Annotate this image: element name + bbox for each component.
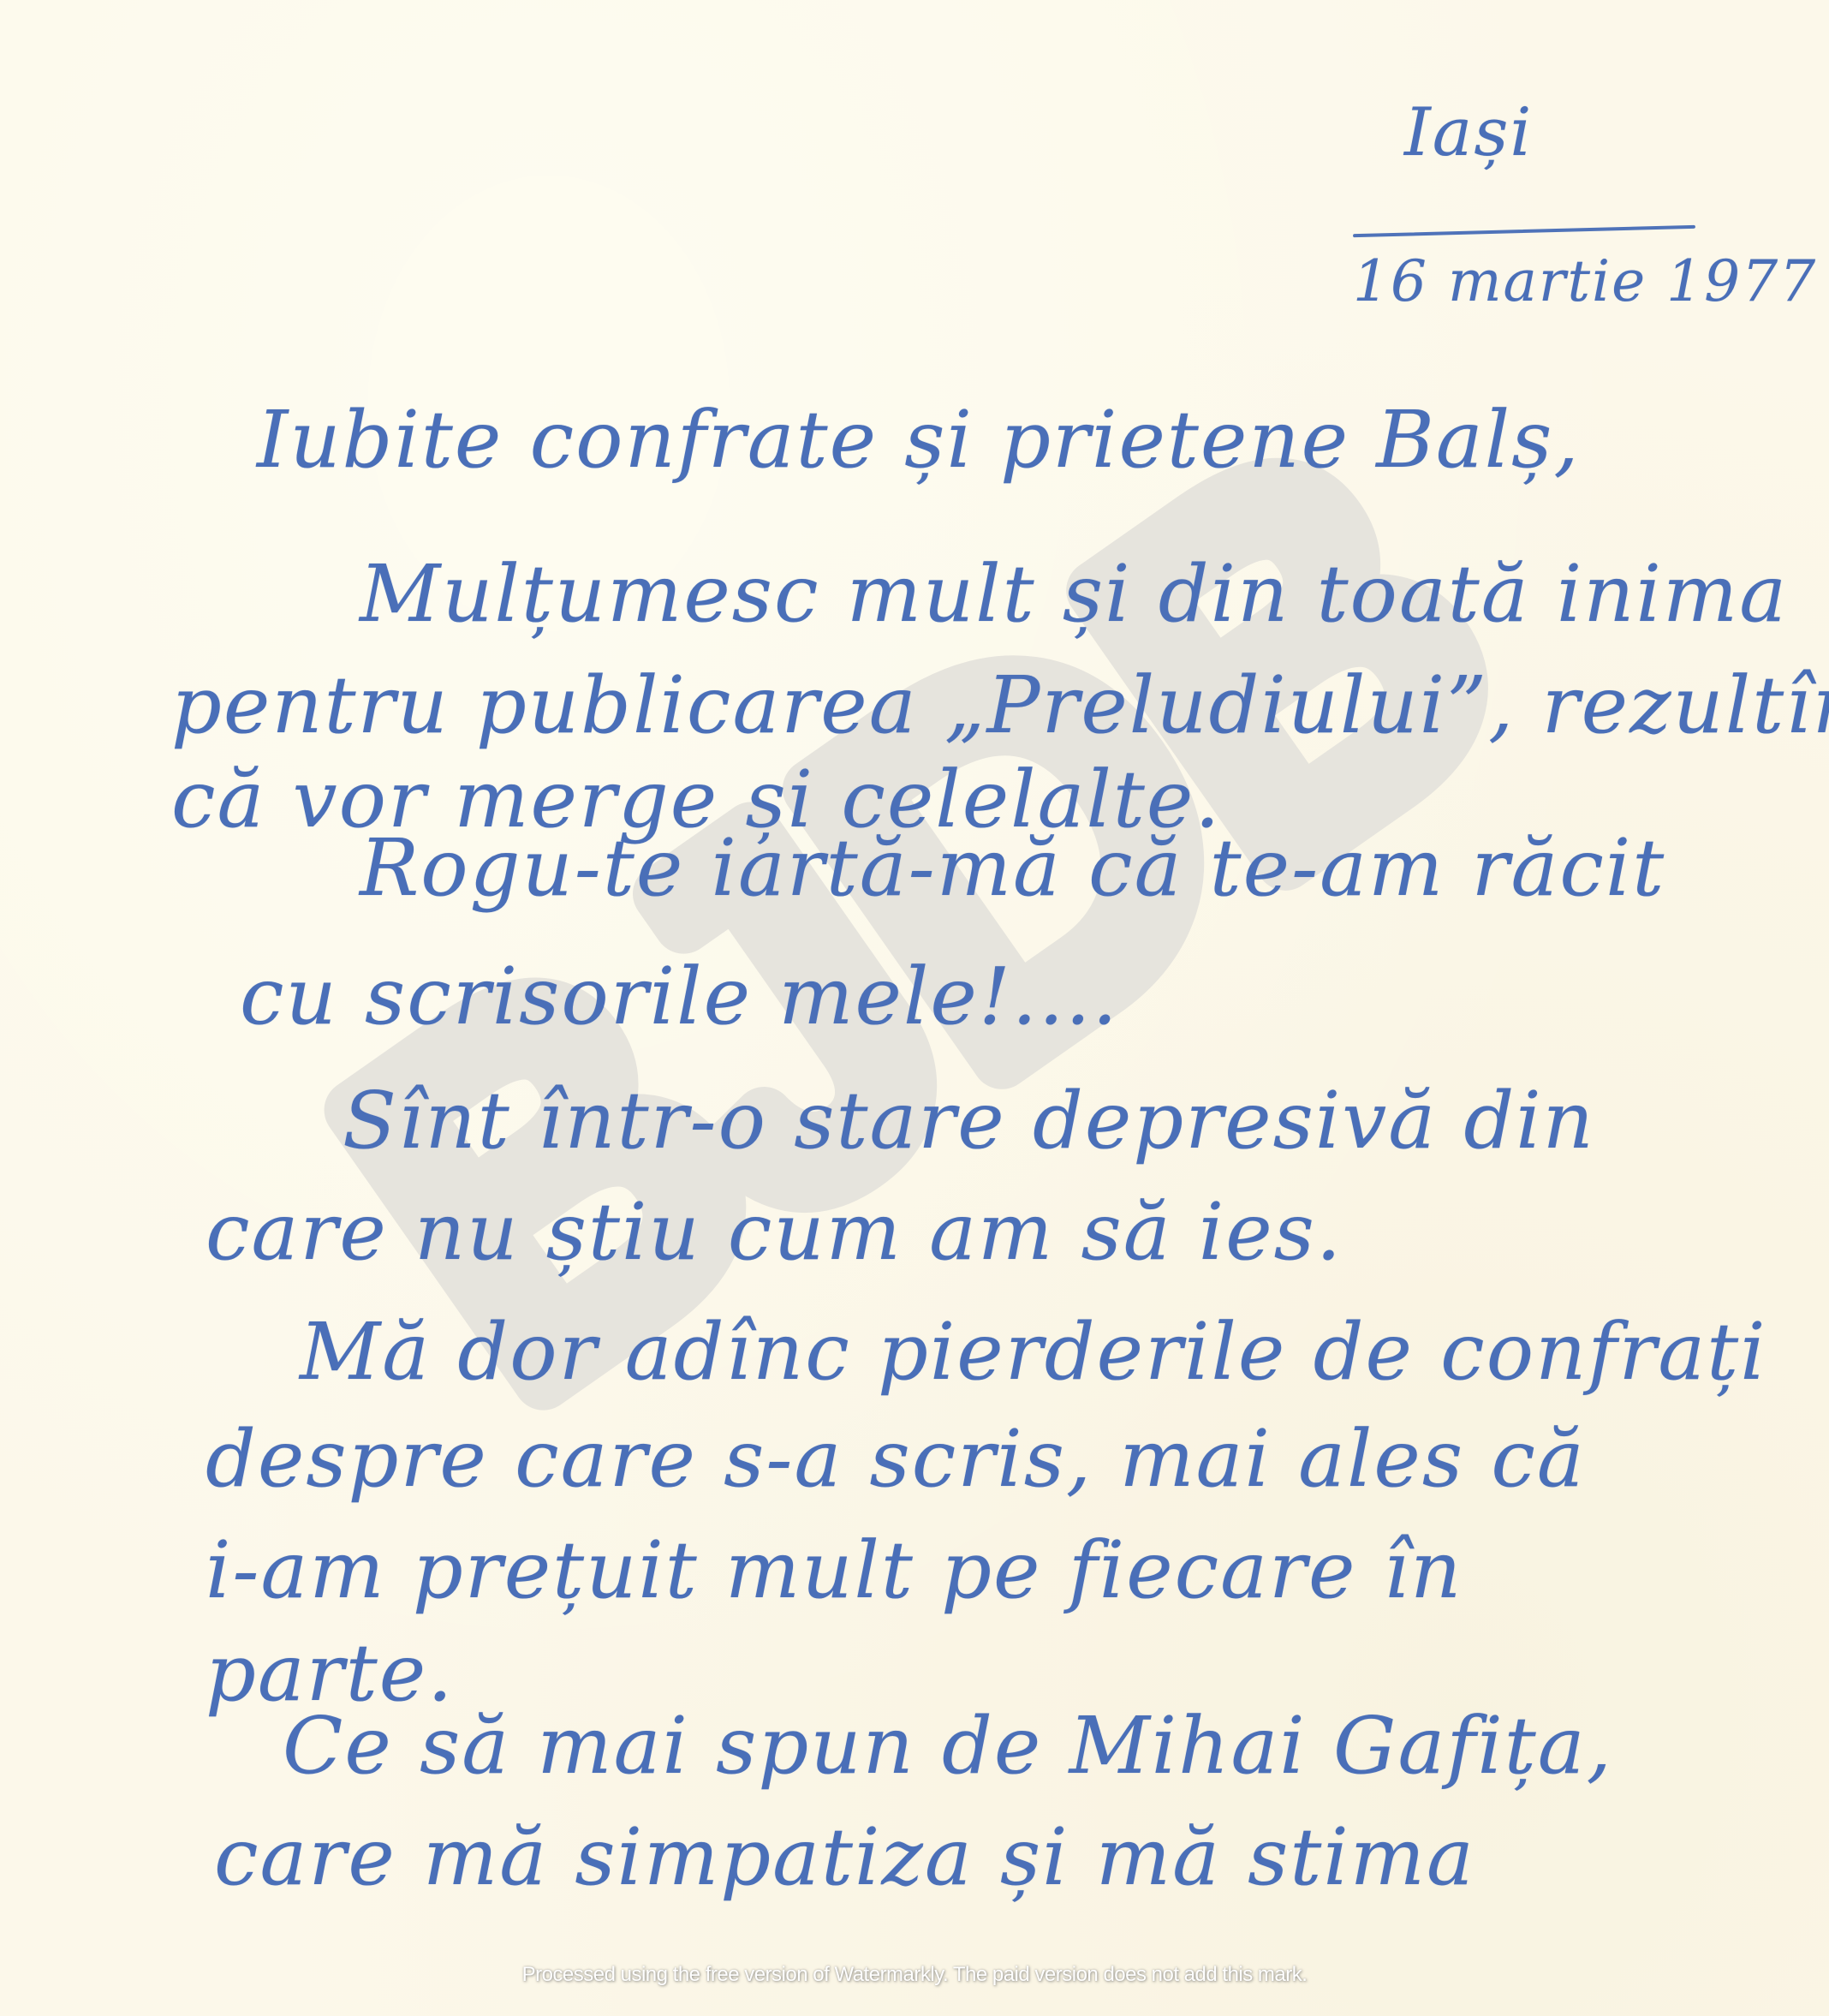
watermarkly-notice: Processed using the free version of Wate… — [0, 1963, 1829, 1987]
letter-line: Mă dor adînc pierderile de confrați — [300, 1306, 1767, 1398]
letter-line: despre care s-a scris, mai ales că — [206, 1413, 1586, 1505]
letter-line: pentru publicarea „Preludiului”, rezultî… — [171, 659, 1829, 751]
letter-date: 16 martie 1977 — [1353, 248, 1817, 314]
letter-line: care nu știu cum am să ies. — [206, 1186, 1343, 1278]
letter-salutation: Iubite confrate și prietene Balș, — [257, 394, 1581, 486]
letter-line: i-am prețuit mult pe fiecare în — [206, 1524, 1463, 1616]
letter-line: Sînt într-o stare depresivă din — [343, 1075, 1595, 1166]
letter-line: Ce să mai spun de Mihai Gafița, — [283, 1700, 1613, 1792]
letter-line: care mă simpatiza și mă stima — [214, 1811, 1475, 1903]
letter-line: Mulțumesc mult și din toată inima — [360, 548, 1788, 640]
letter-line: Rogu-te iartă-mă că te-am răcit — [360, 822, 1665, 914]
letter-line: cu scrisorile mele!.... — [240, 951, 1119, 1042]
letter-place: Iași — [1404, 94, 1533, 171]
